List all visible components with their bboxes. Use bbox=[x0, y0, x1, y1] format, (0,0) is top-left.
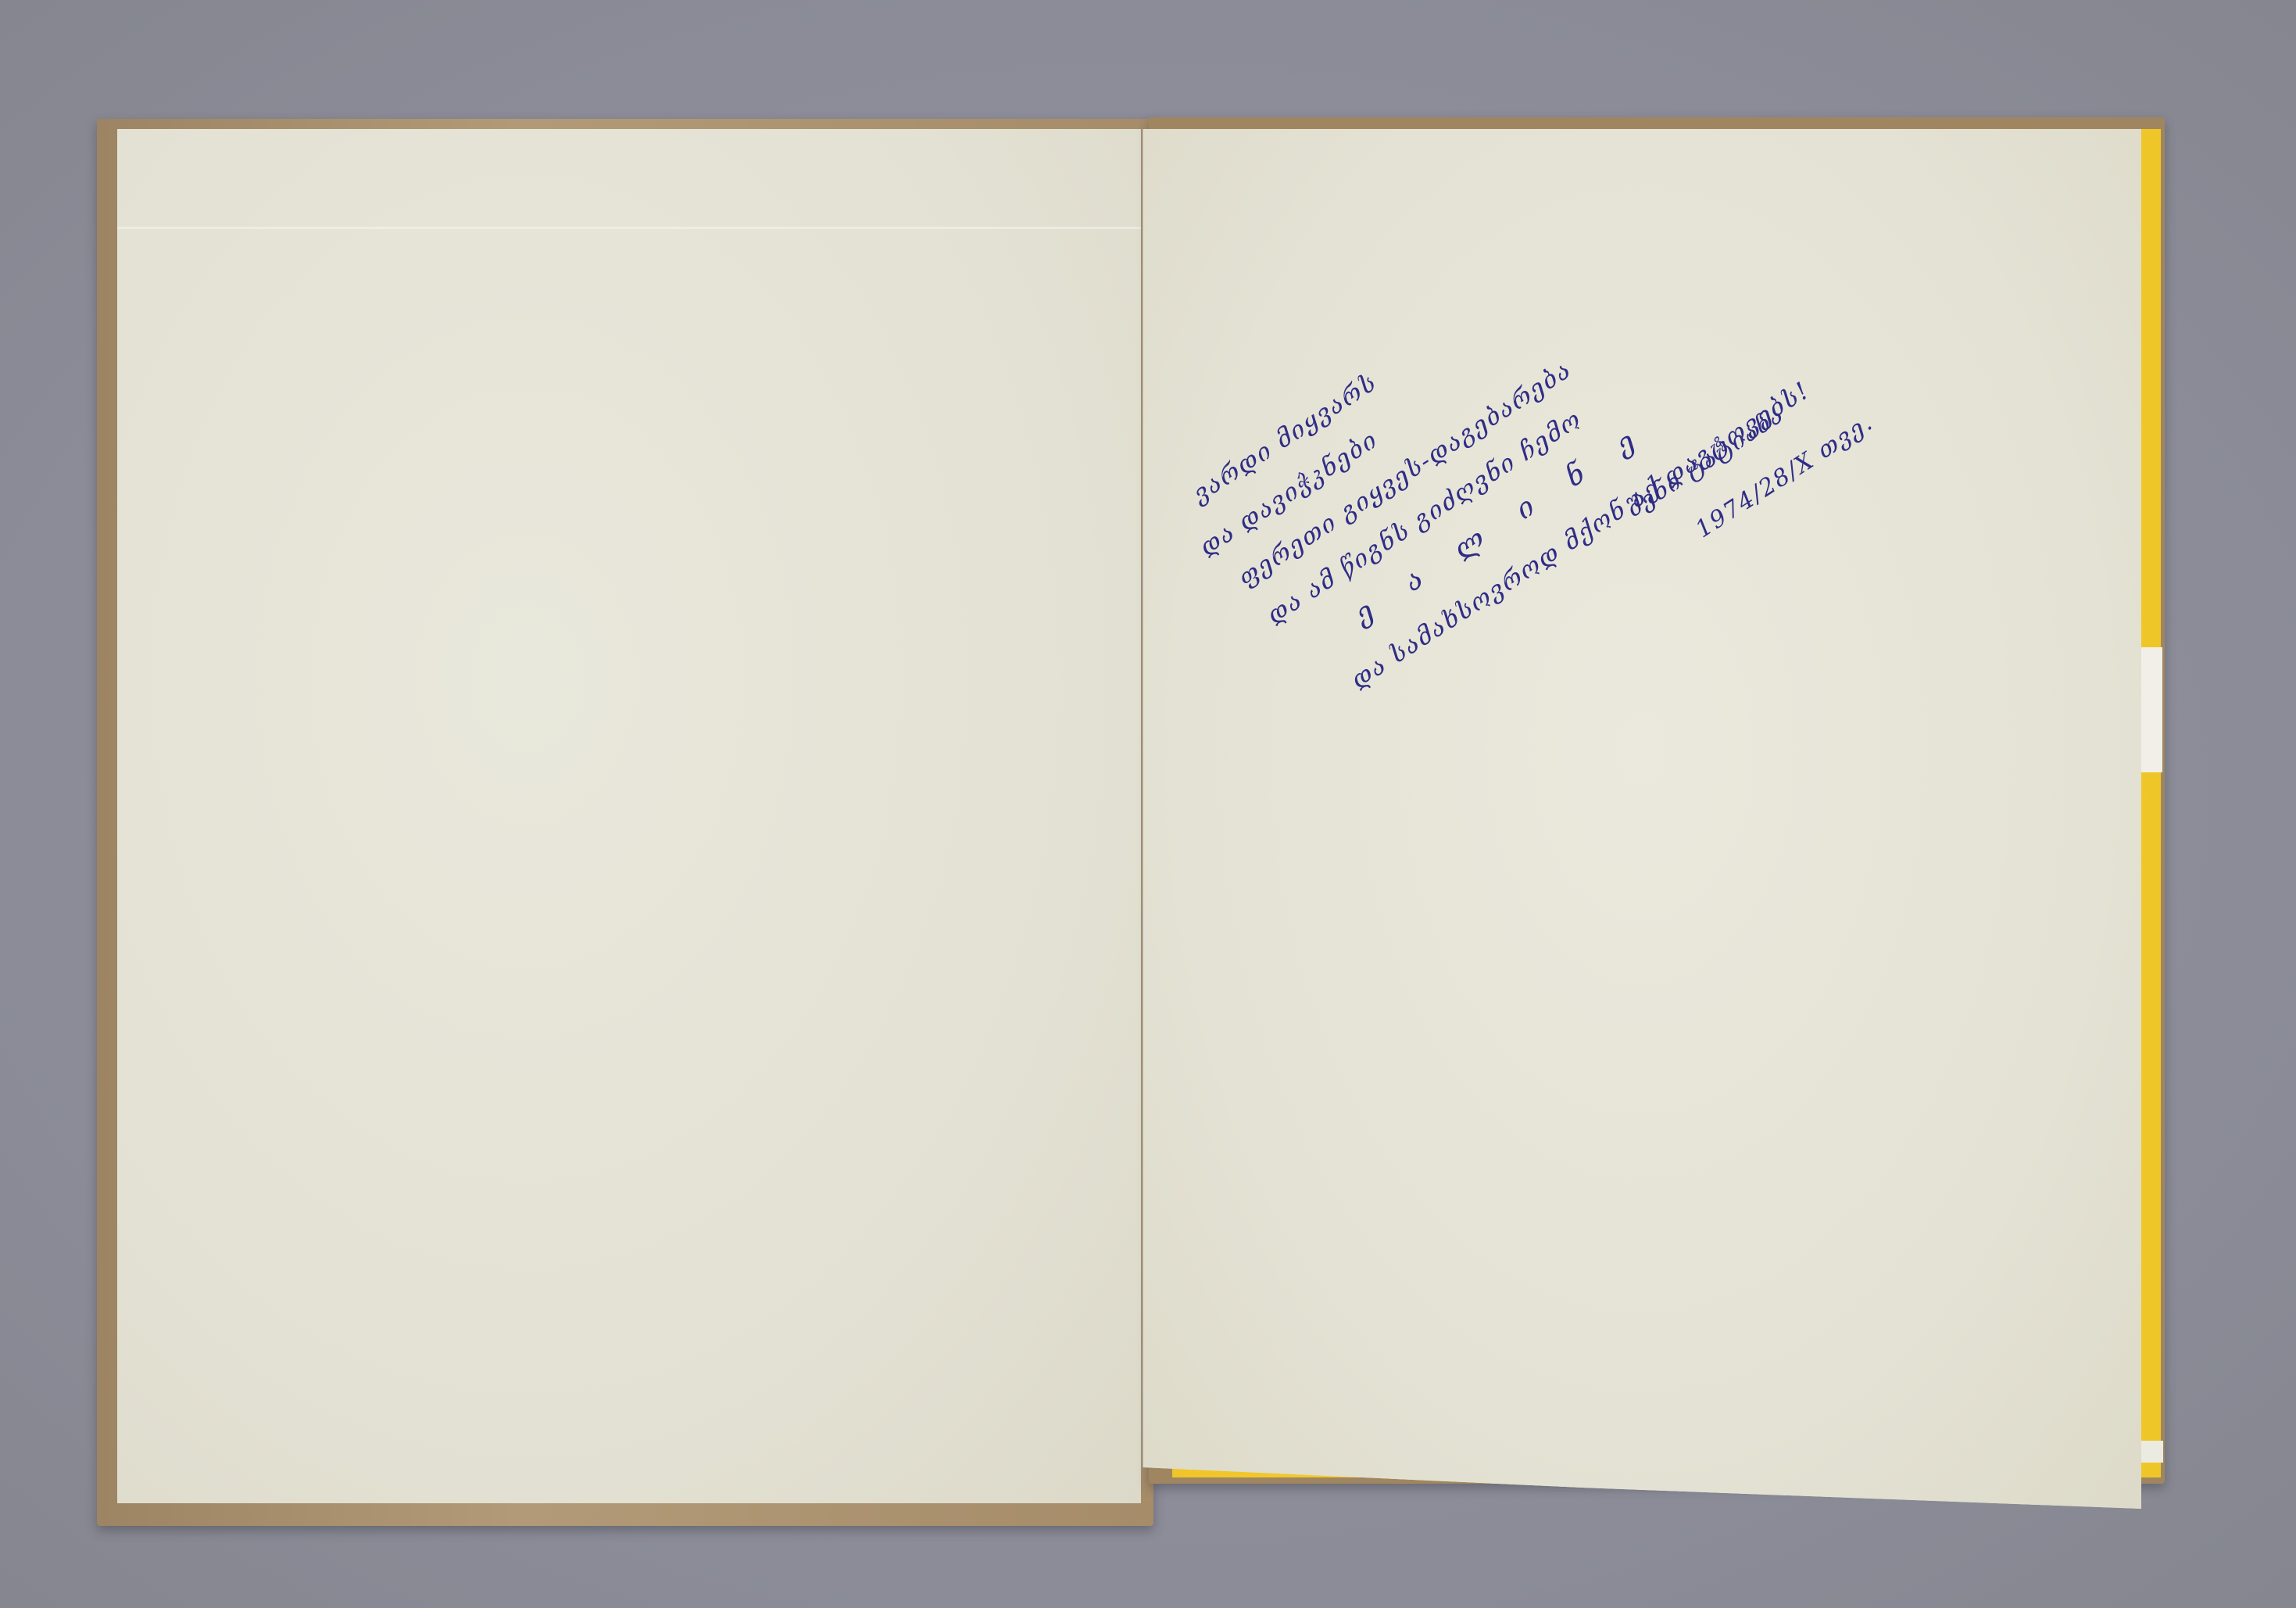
cover-white-band bbox=[2141, 647, 2162, 772]
open-book: ვარდი მიყვარს და დავიჭკნები ფერეთი გიყვე… bbox=[0, 0, 2296, 1608]
left-pastedown-page bbox=[117, 129, 1141, 1503]
page-fold-line bbox=[117, 227, 1141, 229]
book-gutter bbox=[1141, 129, 1143, 1470]
